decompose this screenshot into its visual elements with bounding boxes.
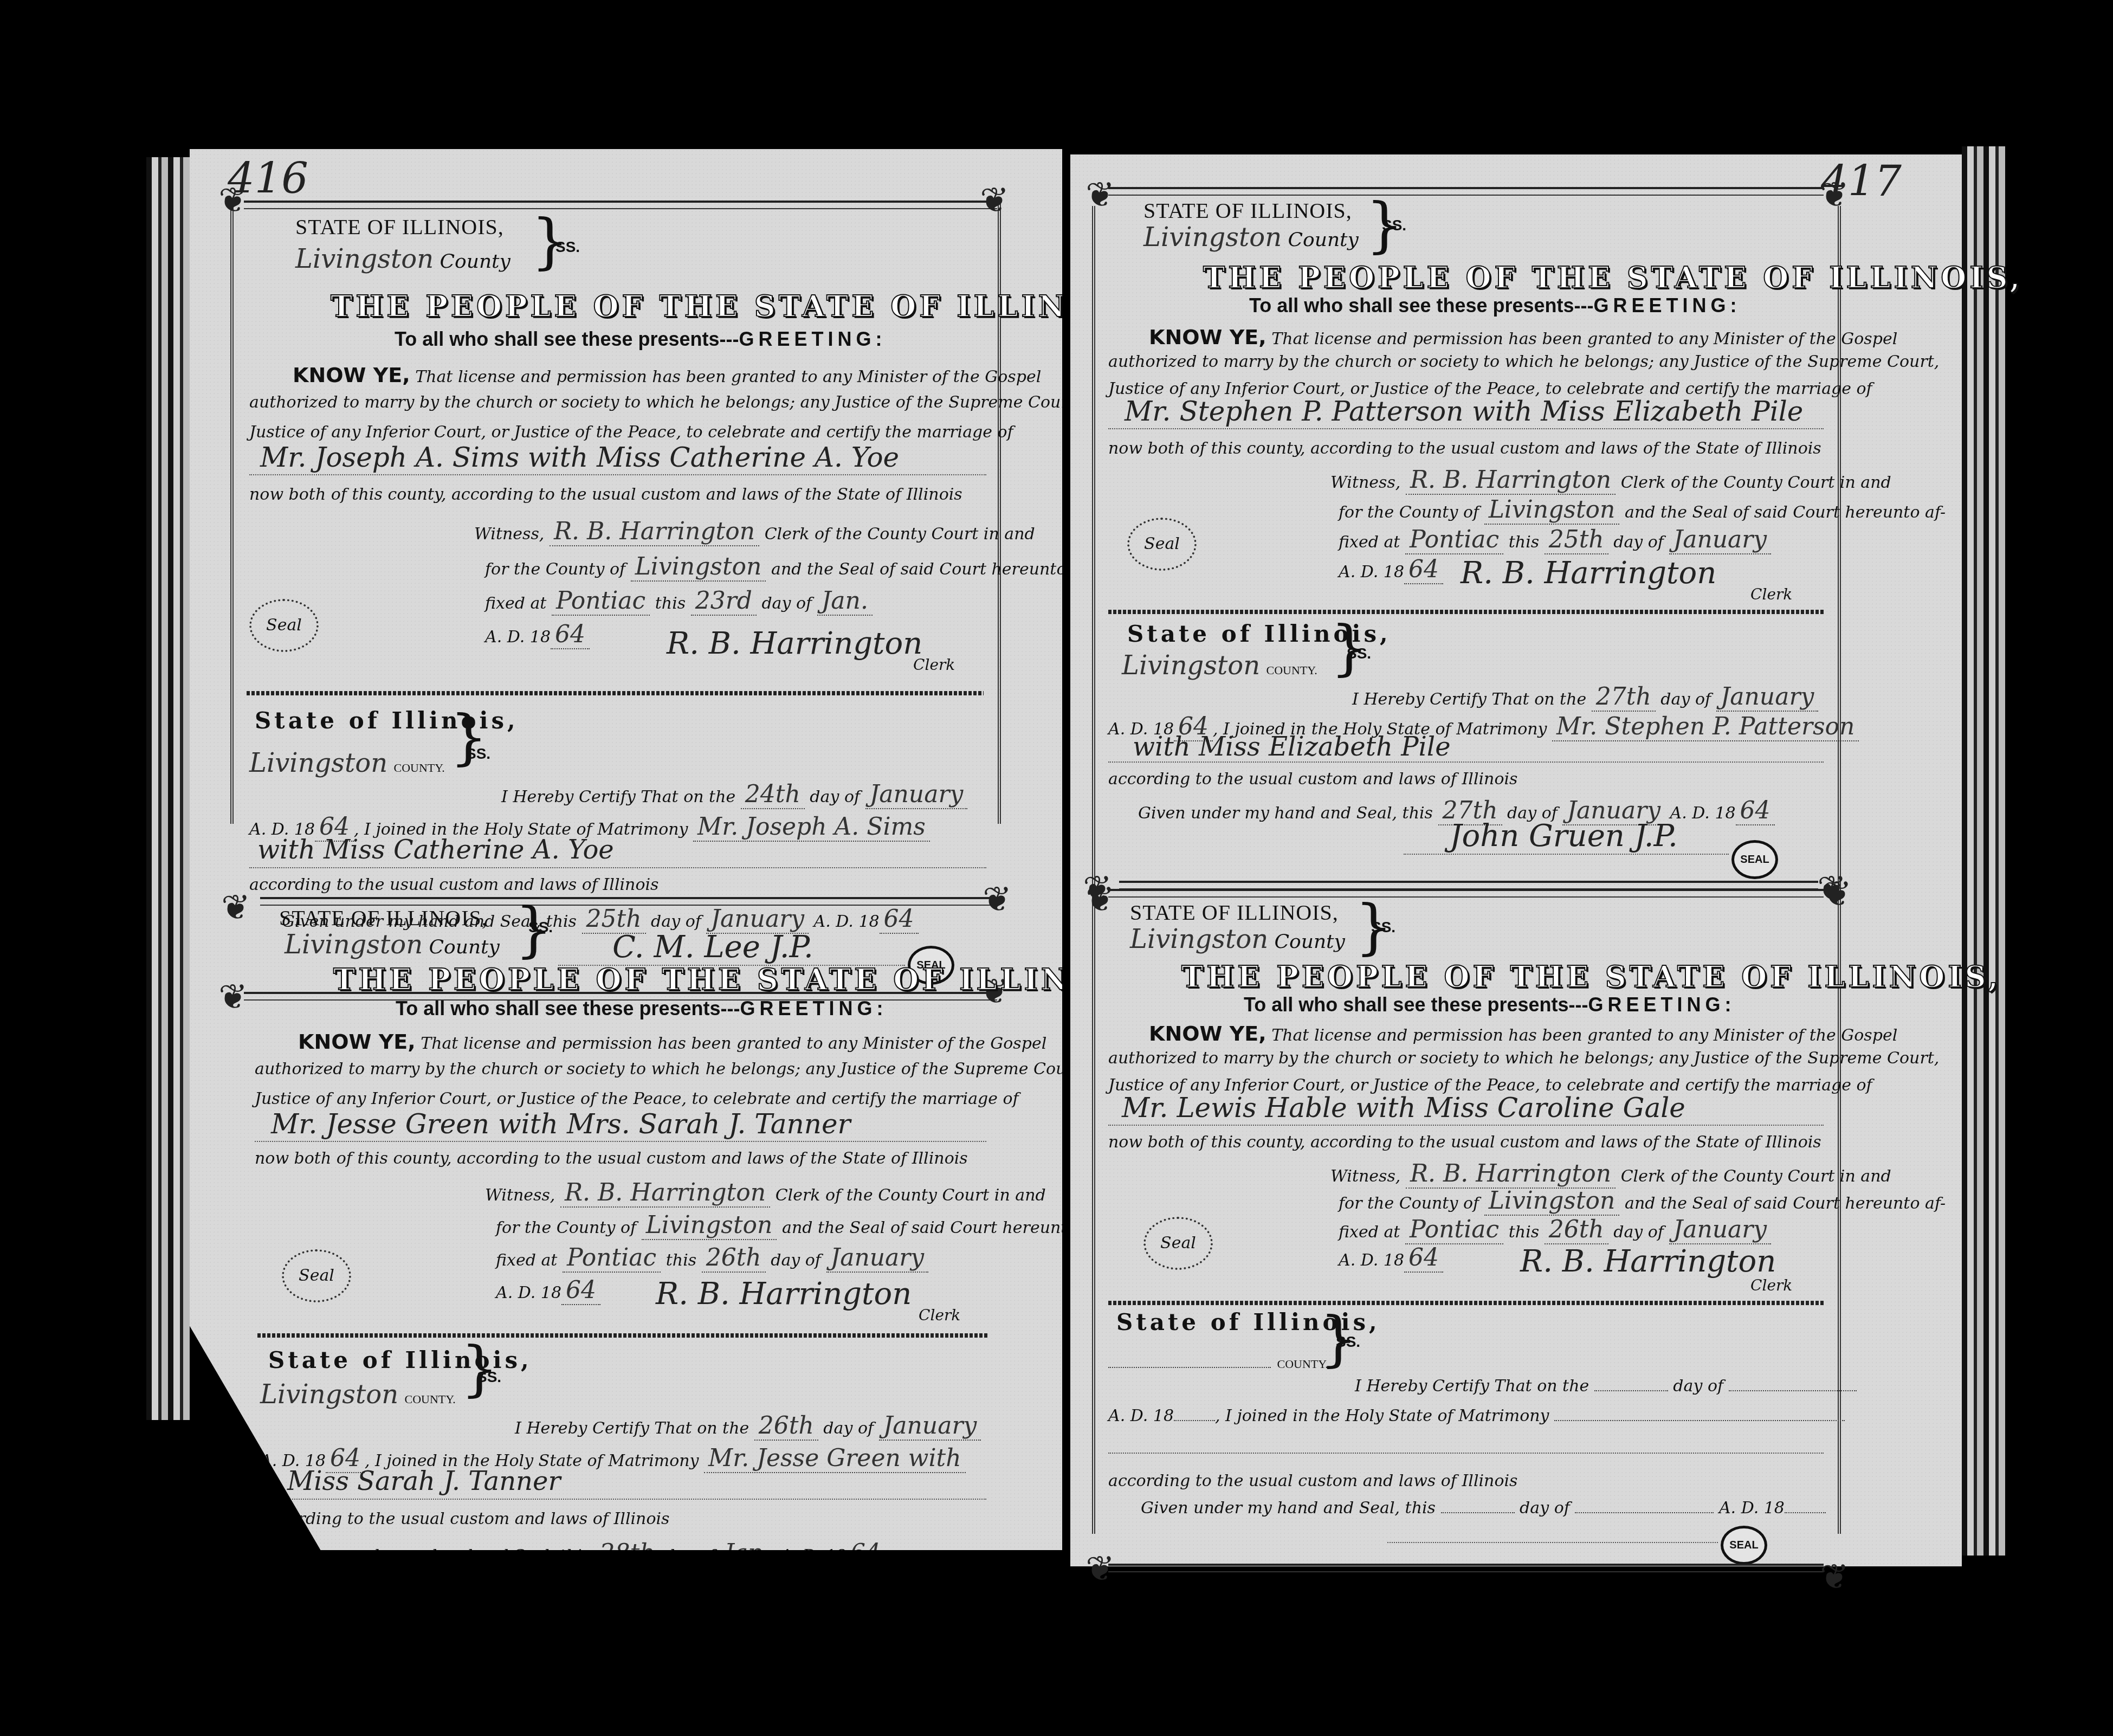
certify-line: I Hereby Certify That on the 24th day of… [501,780,967,808]
license-year: 64 [561,1276,600,1305]
affixed-place: Pontiac [552,587,650,616]
witness-line: Witness, R. B. Harrington Clerk of the C… [474,518,1035,545]
clerk-label: Clerk [919,1306,960,1324]
license-line-2: authorized to marry by the church or soc… [249,393,1080,412]
license-line-1: KNOW YE, That license and permission has… [1149,325,1897,349]
top-rule [1108,889,1824,898]
officiant-signature: John Gruen J.P. [1450,818,1678,854]
clerk-signature: R. B. Harrington [1461,556,1716,591]
given-year: 64 [1736,797,1775,825]
clerk-signature: R. B. Harrington [656,1276,912,1312]
clerk-label: Clerk [1750,1276,1792,1294]
county-value: Livingston [295,244,434,274]
married-year [1174,1420,1215,1421]
parties-names: Mr. Lewis Hable with Miss Caroline Gale [1122,1092,1685,1124]
ornament-corner-icon: ❦ [1081,1550,1119,1588]
license-day: 25th [1545,526,1608,554]
license-line-3: Justice of any Inferior Court, or Justic… [255,1089,1019,1108]
groom [1554,1420,1845,1421]
groom: Mr. Jesse Green with [704,1444,965,1473]
officiant-dotline [1387,1542,1718,1543]
top-rule [1108,187,1824,196]
section-divider [247,691,984,695]
license-year: 64 [551,621,590,649]
given-month: Jan. [720,1539,775,1568]
county-label: County [440,250,511,273]
now-both-line: now both of this county, according to th… [1108,1133,1821,1152]
license-county: Livingston [1484,496,1620,525]
license-county: Livingston [642,1211,777,1240]
now-both-line: now both of this county, according to th… [1108,439,1821,458]
affixed-line: fixed at Pontiac this 23rd day of Jan. [485,587,873,615]
state-header: STATE OF ILLINOIS, [1130,900,1339,925]
court-seal-icon: Seal [1143,1217,1213,1270]
witness-line: Witness, R. B. Harrington Clerk of the C… [485,1179,1046,1206]
seal-stamp-icon: SEAL [1721,1526,1767,1565]
section-divider [1108,1301,1824,1305]
according-line: according to the usual custom and laws o… [249,875,659,894]
given-year [1785,1512,1826,1513]
cert-county-line: COUNTY. [1108,1344,1328,1374]
seal-stamp-icon: SEAL [916,1583,962,1622]
county-line: Livingston County [1143,222,1359,253]
ornament-corner-icon: ❦ [1081,881,1119,919]
greeting-line: To all who shall see these presents---GR… [396,997,888,1020]
ornament-corner-icon: ❦ [1818,875,1856,913]
license-line-2: authorized to marry by the church or soc… [255,1060,1085,1079]
license-month: January [1669,526,1772,554]
given-line: Given under my hand and Seal, this 28th … [295,1539,885,1567]
ornament-corner-icon: ❦ [214,978,252,1016]
people-title: THE PEOPLE OF THE STATE OF ILLINOIS, [333,962,1153,997]
greeting-line: To all who shall see these presents---GR… [395,328,887,351]
right-page: 417 ❦ ❦ STATE OF ILLINOIS, Livingston Co… [1070,154,1962,1566]
county-line: Livingston County [295,244,511,274]
parties-dotline [1108,1125,1824,1126]
affixed-place: Pontiac [563,1244,661,1273]
according-line: according to the usual custom and laws o… [1108,770,1518,789]
certify-line: I Hereby Certify That on the day of [1355,1377,1857,1396]
greeting-line: To all who shall see these presents---GR… [1244,993,1736,1016]
bride: with Miss Elizabeth Pile [1133,732,1451,762]
given-year: 64 [880,905,919,934]
top-rule [244,201,997,209]
bride-dotline [249,867,986,868]
officiant-signature: A. W. Oakes M.G. [661,1561,926,1596]
printer-imprint: JOHNSON & BRADFORD, Springfield, Ill. [285,1637,468,1648]
parties-dotline [249,474,986,475]
county-line: Livingston County [1130,924,1345,954]
certify-line: I Hereby Certify That on the 26th day of… [515,1412,981,1440]
witness-line: Witness, R. B. Harrington Clerk of the C… [1330,1160,1891,1188]
according-line: according to the usual custom and laws o… [1108,1472,1518,1490]
license-county: Livingston [1484,1187,1620,1216]
bottom-rule [1108,1564,1824,1572]
now-both-line: now both of this county, according to th… [255,1149,968,1168]
clerk-label: Clerk [913,656,955,674]
license-line-2: authorized to marry by the church or soc… [1108,1049,1939,1068]
married-day: 26th [754,1412,818,1441]
parties-names: Mr. Joseph A. Sims with Miss Catherine A… [260,442,899,473]
state-header: STATE OF ILLINOIS, [295,214,504,240]
ss-label: SS. [1347,645,1371,662]
license-line-2: authorized to marry by the church or soc… [1108,352,1939,371]
license-year: 64 [1404,1244,1443,1273]
license-line-1: KNOW YE, That license and permission has… [293,363,1041,387]
license-county: Livingston [631,553,766,582]
cert-county-line: Livingston COUNTY. [249,748,445,778]
witness-line: Witness, R. B. Harrington Clerk of the C… [1330,466,1891,494]
cert-county-value: Livingston [1122,650,1260,681]
parties-dotline [1108,428,1824,429]
license-year-line: A. D. 1864 [496,1276,600,1304]
parties-dotline [255,1141,986,1142]
section-divider [257,1333,989,1338]
bride-dotline [1108,1453,1824,1454]
given-day: 28th [596,1539,660,1568]
bride-dotline [1108,761,1824,763]
ss-label: SS. [528,919,553,936]
right-page-edges [1962,146,2005,1556]
affixed-line: fixed at Pontiac this 26th day of Januar… [496,1244,928,1272]
license-year-line: A. D. 1864 [1339,1244,1443,1272]
officiant-dotline [577,1596,913,1597]
greeting-line: To all who shall see these presents---GR… [1249,294,1741,317]
given-month [1575,1512,1714,1513]
county-seal-line: for the County of Livingston and the Sea… [485,553,1092,580]
clerk-label: Clerk [1750,585,1792,603]
license-day: 26th [702,1244,766,1273]
parties-names: Mr. Jesse Green with Mrs. Sarah J. Tanne… [271,1108,850,1140]
according-line: according to the usual custom and laws o… [260,1509,670,1528]
license-line-1: KNOW YE, That license and permission has… [298,1030,1046,1054]
county-value: Livingston [285,930,423,960]
license-month: January [1669,1216,1772,1244]
cert-county-line: Livingston COUNTY. [1122,650,1317,681]
license-month: Jan. [817,587,873,616]
people-title: THE PEOPLE OF THE STATE OF ILLINOIS, [1203,260,2023,295]
state-header: STATE OF ILLINOIS, [279,905,488,931]
given-line: Given under my hand and Seal, this day o… [1141,1499,1826,1518]
county-value: Livingston [1143,222,1282,253]
license-day: 23rd [691,587,757,616]
married-day [1594,1390,1668,1391]
witness-clerk: R. B. Harrington [550,518,759,546]
license-year-line: A. D. 1864 [1339,556,1443,583]
ornament-corner-icon: ❦ [975,182,1013,220]
bride-dotline [260,1499,986,1500]
marriage-record-1: ❦ ❦ STATE OF ILLINOIS, Livingston County… [190,149,1062,848]
ornament-corner-icon: ❦ [214,182,252,220]
state-header: STATE OF ILLINOIS, [1143,198,1352,223]
parties-names: Mr. Stephen P. Patterson with Miss Eliza… [1125,396,1803,427]
people-title: THE PEOPLE OF THE STATE OF ILLINOIS, [1181,959,2001,994]
married-day: 24th [741,780,805,809]
witness-clerk: R. B. Harrington [560,1179,770,1208]
license-month: January [826,1244,929,1273]
witness-clerk: R. B. Harrington [1406,466,1616,495]
license-year-line: A. D. 1864 [485,621,590,648]
bride: with Miss Catherine A. Yoe [257,835,614,865]
ss-label: SS. [1382,217,1406,234]
given-year: 64 [846,1539,885,1568]
affixed-line: fixed at Pontiac this 26th day of Januar… [1339,1216,1771,1243]
ornament-corner-icon: ❦ [217,889,255,927]
ss-label: SS. [1336,1333,1360,1351]
left-page-edges [146,157,190,1420]
clerk-signature: R. B. Harrington [667,626,922,661]
married-month: January [879,1412,981,1441]
license-day: 26th [1545,1216,1608,1244]
ornament-corner-icon: ❦ [978,881,1016,919]
certify-line: I Hereby Certify That on the 27th day of… [1352,683,1818,711]
county-seal-line: for the County of Livingston and the Sea… [1339,496,1946,524]
cert-county-blank [1108,1367,1271,1368]
section-divider [1108,610,1824,614]
court-seal-icon: Seal [1127,518,1197,571]
now-both-line: now both of this county, according to th… [249,485,962,504]
witness-clerk: R. B. Harrington [1406,1160,1616,1189]
court-seal-icon: Seal [249,599,319,652]
affixed-place: Pontiac [1405,1216,1503,1244]
groom: Mr. Stephen P. Patterson [1552,713,1859,741]
bottom-rule [279,1653,984,1662]
ss-label: SS. [555,238,580,256]
affixed-place: Pontiac [1405,526,1503,554]
bottom-rule [1119,881,1818,889]
clerk-signature: R. B. Harrington [1520,1244,1776,1279]
given-day [1441,1512,1515,1513]
county-value: Livingston [1130,924,1268,954]
ss-label: SS. [466,745,490,763]
married-day: 27th [1592,683,1656,712]
people-title: THE PEOPLE OF THE STATE OF ILLINOIS, [331,289,1151,324]
license-line-3: Justice of any Inferior Court, or Justic… [249,423,1013,442]
ornament-corner-icon: ❦ [1815,1558,1853,1596]
married-month: January [1716,683,1819,712]
court-seal-icon: Seal [282,1249,351,1302]
officiant-dotline [1404,854,1729,855]
county-line: Livingston County [285,930,500,960]
seal-stamp-icon: SEAL [1731,840,1778,879]
married-month [1729,1390,1857,1391]
county-seal-line: for the County of Livingston and the Sea… [1339,1187,1946,1215]
ornament-corner-icon: ❦ [981,1623,1019,1661]
affixed-line: fixed at Pontiac this 25th day of Januar… [1339,526,1771,553]
cert-county-line: Livingston COUNTY. [260,1379,456,1410]
ss-label: SS. [1371,919,1395,936]
license-line-1: KNOW YE, That license and permission has… [1149,1022,1897,1046]
married-month: January [865,780,968,809]
cert-county-value: Livingston [249,748,387,778]
groom: Mr. Joseph A. Sims [693,813,930,842]
license-year: 64 [1404,556,1443,584]
joined-line: A. D. 18, I joined in the Holy State of … [1108,1406,1845,1425]
left-page: 416 ❦ ❦ STATE OF ILLINOIS, Livingston Co… [190,149,1062,1550]
bride: Miss Sarah J. Tanner [287,1466,560,1496]
officiant-signature: C. M. Lee J.P. [612,930,813,965]
ss-label: SS. [477,1369,501,1386]
county-seal-line: for the County of Livingston and the Sea… [496,1211,1103,1239]
top-rule [260,897,997,906]
cert-county-value: Livingston [260,1379,398,1410]
